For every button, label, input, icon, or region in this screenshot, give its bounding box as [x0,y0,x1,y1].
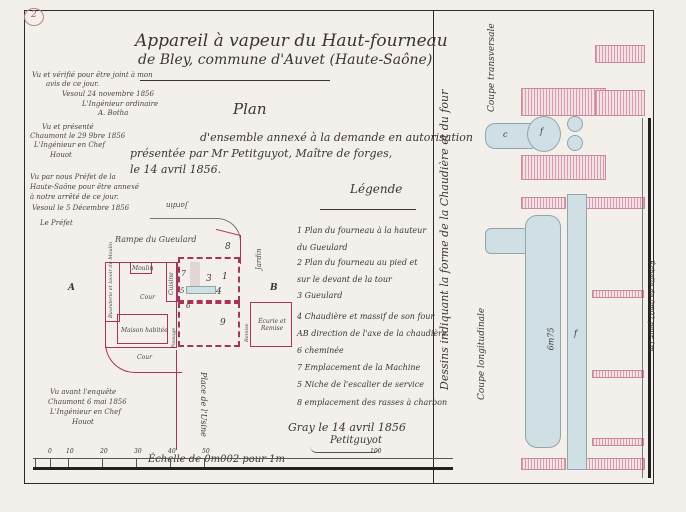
document-title-line1: Appareil à vapeur du Haut-fourneau [135,33,448,50]
scale-tick [35,459,36,467]
cross-section-title: Coupe transversale [487,23,497,112]
legend-item: 4 Chaudière et massif de son four [297,313,434,321]
label-place-usine: Place de l'Usine [199,372,208,437]
right-scale-label: Échelle de 0m02 pour 1m [647,260,655,351]
label-remise: Remise [244,323,250,342]
label-f-long: f [574,330,577,338]
scale-tick-label: 0 [48,448,52,455]
scale-tick [204,459,205,467]
label-dimension-main: 6m75 [547,328,555,351]
scale-tick-label: 20 [100,448,108,455]
long-section-tube [567,194,587,470]
cross-section-tube-upper [567,116,583,132]
signature-place-date: Gray le 14 avril 1856 [288,422,406,433]
title-underline [140,80,330,81]
scale-bottom-label: Échelle de 0m002 pour 1m [148,455,285,465]
long-section-support [592,370,644,378]
legend-item: 7 Emplacement de la Machine [297,364,420,372]
document-title-line2: de Bley, commune d'Auvet (Haute-Saône) [138,53,432,67]
scale-tick-label: 30 [134,448,142,455]
label-cour-1: Cour [140,294,155,301]
plan-subtitle-line3: le 14 avril 1856. [130,164,221,175]
legend-item: AB direction de l'axe de la chaudière [297,330,447,338]
legend-item: 2 Plan du fourneau au pied et sur le dev… [297,254,427,288]
long-section-masonry-bottom-left [521,458,566,470]
archival-plan-sheet: 2 Appareil à vapeur du Haut-fourneau de … [0,0,686,512]
plan-subtitle-line1: d'ensemble annexé à la demande en autori… [200,132,473,143]
place-line [176,350,177,450]
scale-tick-label: 100 [370,448,381,455]
frame-divider [433,10,434,484]
scale-tick [68,459,69,467]
long-section-title: Coupe longitudinale [477,308,487,400]
label-garden-top: Jardin [166,201,188,209]
scale-line [33,458,453,459]
long-section-masonry-bottom-right [585,458,645,470]
plan-subtitle-line2: présentée par Mr Petitguyot, Maître de f… [130,148,392,159]
label-passage: Passage [171,328,177,348]
label-moulin: Moulin [132,265,153,272]
long-section-support [592,438,644,446]
cross-section-boiler [527,116,561,152]
cross-section-flue-right [595,45,645,63]
point-B: B [270,284,278,293]
long-section-masonry-top-right [585,197,645,209]
room-9: 9 [220,318,226,328]
label-c-cross: c [503,131,507,139]
long-section-firebox [485,228,530,254]
room-7: 7 [181,269,186,278]
room-5: 5 [180,287,184,295]
legend-item: 1 Plan du fourneau à la hauteur du Gueul… [297,222,427,256]
room-3: 3 [206,274,212,284]
legend-item: 8 emplacement des rasses à charbon [297,399,447,407]
scale-tick [170,459,171,467]
cross-section-masonry-top [521,88,606,116]
legend-item: 5 Niche de l'escalier de service [297,381,424,389]
room-4: 4 [216,287,222,297]
cross-section-flue-lower [595,90,645,116]
drawings-side-title: Dessins indiquant la forme de la Chaudiè… [438,90,451,390]
signature-name: Petitguyot [330,436,382,446]
label-garden-right: Jardin [255,248,263,270]
cross-section-tube-lower [567,135,583,151]
room-6: 6 [186,302,190,310]
scale-tick [136,459,137,467]
legend-item: 3 Gueulard [297,292,342,300]
room-1: 1 [222,272,228,282]
label-cuisine: Cuisine [168,272,175,295]
scale-tick-label: 40 [168,448,176,455]
legend-heading: Légende [350,183,402,195]
legend-underline [320,209,416,210]
machine-area [190,262,200,286]
label-buanderie: Buanderie et lavoir du Moulin [108,242,114,318]
boiler-plan [186,286,216,294]
scale-tick-label: 50 [202,448,210,455]
scale-tick [50,459,51,467]
scale-bar [33,467,453,470]
label-ramp: Rampe du Gueulard [115,235,196,244]
right-scale-line [642,118,643,478]
cross-section-masonry-bottom [521,155,606,180]
page-number: 2 [31,11,37,20]
label-f-cross: f [540,128,543,136]
long-section-boiler [525,215,561,448]
legend-item: 6 cheminée [297,347,344,355]
point-A: A [68,284,75,293]
label-ecurie: Écurie et Remise [256,318,288,332]
scale-tick-label: 10 [66,448,74,455]
plan-title: Plan [233,102,267,117]
long-section-support [592,290,644,298]
scale-tick [102,459,103,467]
long-section-masonry-top-left [521,197,566,209]
